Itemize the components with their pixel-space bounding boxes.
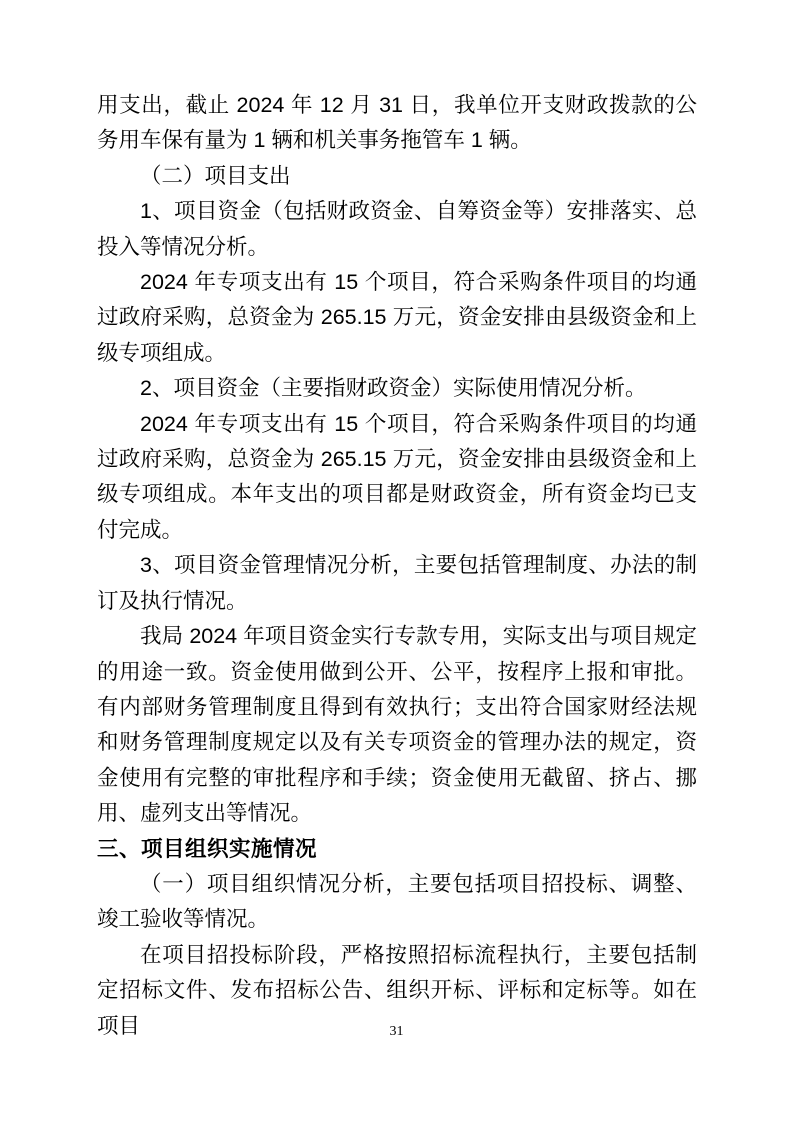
page-number: 31 [390, 1024, 404, 1039]
paragraph: 2024 年专项支出有 15 个项目，符合采购条件项目的均通过政府采购，总资金为… [97, 407, 697, 549]
section-heading: 三、项目组织实施情况 [97, 832, 697, 867]
paragraph: 3、项目资金管理情况分析，主要包括管理制度、办法的制订及执行情况。 [97, 548, 697, 619]
paragraph: 用支出，截止 2024 年 12 月 31 日，我单位开支财政拨款的公务用车保有… [97, 88, 697, 159]
paragraph: 2024 年专项支出有 15 个项目，符合采购条件项目的均通过政府采购，总资金为… [97, 265, 697, 371]
document-body: 用支出，截止 2024 年 12 月 31 日，我单位开支财政拨款的公务用车保有… [97, 88, 697, 1044]
paragraph: 2、项目资金（主要指财政资金）实际使用情况分析。 [97, 371, 697, 406]
paragraph: （一）项目组织情况分析，主要包括项目招投标、调整、竣工验收等情况。 [97, 867, 697, 938]
paragraph: 1、项目资金（包括财政资金、自筹资金等）安排落实、总投入等情况分析。 [97, 194, 697, 265]
paragraph: 我局 2024 年项目资金实行专款专用，实际支出与项目规定的用途一致。资金使用做… [97, 619, 697, 831]
paragraph: （二）项目支出 [97, 159, 697, 194]
page-footer: 31 [0, 1022, 793, 1040]
document-page: 用支出，截止 2024 年 12 月 31 日，我单位开支财政拨款的公务用车保有… [0, 0, 793, 1122]
